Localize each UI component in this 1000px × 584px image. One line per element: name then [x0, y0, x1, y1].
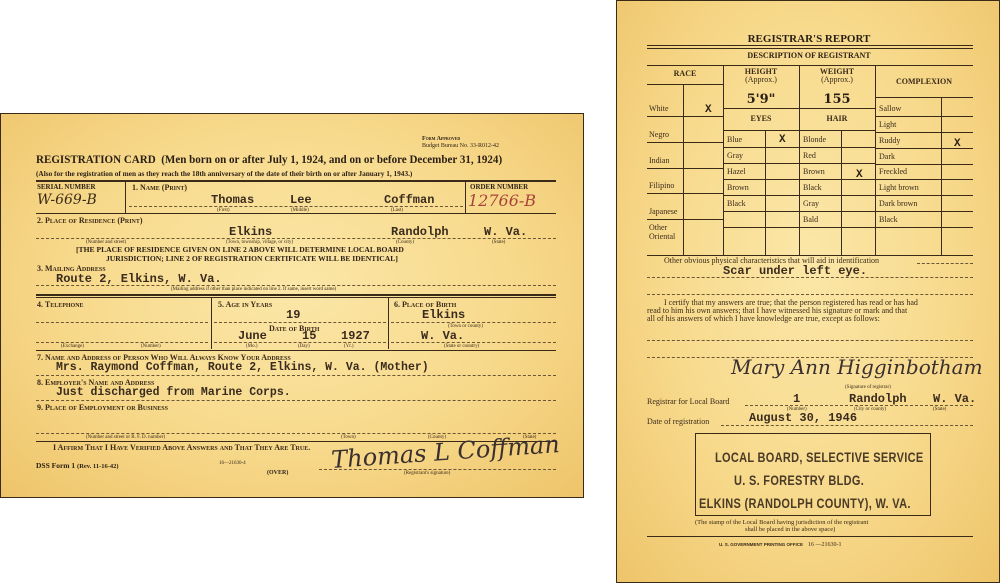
stamp-line-2: U. S. FORESTRY BLDG.: [734, 474, 864, 489]
complexion-header: COMPLEXION: [875, 77, 973, 86]
residence-county: Randolph: [391, 225, 449, 239]
height-value: 5'9": [723, 92, 799, 107]
local-board-state: W. Va.: [933, 392, 976, 406]
registration-card-front: Form Approved Budget Bureau No. 33-R012-…: [0, 113, 584, 498]
race-header: RACE: [647, 69, 723, 78]
race-filipino: Filipino: [649, 181, 674, 190]
eyes-black: Black: [727, 199, 746, 208]
eyes-header: EYES: [723, 114, 799, 123]
complexion-sallow: Sallow: [879, 104, 901, 113]
complexion-ruddy: Ruddy: [879, 136, 900, 145]
local-board-county: Randolph: [849, 392, 907, 406]
hair-blonde: Blonde: [803, 135, 826, 144]
local-board-label: Registrar for Local Board: [647, 397, 729, 406]
birthplace-state: W. Va.: [421, 329, 464, 343]
registrar-signature: Mary Ann Higginbotham: [731, 355, 983, 379]
local-board-number: 1: [793, 392, 800, 406]
report-title: REGISTRAR'S REPORT: [617, 33, 1000, 45]
complexion-freckled: Freckled: [879, 167, 907, 176]
weight-value: 155: [799, 92, 875, 107]
residence-state: W. Va.: [484, 225, 527, 239]
form-id: DSS Form 1 (Rev. 11-16-42): [36, 461, 119, 470]
stamp-line-3: ELKINS (RANDOLPH COUNTY), W. VA.: [699, 497, 911, 512]
description-heading: DESCRIPTION OF REGISTRANT: [617, 51, 1000, 60]
registration-date: August 30, 1946: [749, 411, 857, 425]
hair-bald: Bald: [803, 215, 818, 224]
budget-bureau: Budget Bureau No. 33-R012-42: [422, 143, 499, 149]
complexion-dark-brown: Dark brown: [879, 199, 917, 208]
order-number-label: ORDER NUMBER: [470, 183, 528, 191]
complexion-dark: Dark: [879, 152, 895, 161]
employer-value: Just discharged from Marine Corps.: [56, 386, 291, 399]
jurisdiction-note-2: JURISDICTION; LINE 2 OF REGISTRATION CER…: [106, 254, 398, 263]
race-japanese: Japanese: [649, 207, 677, 216]
birthplace-town: Elkins: [422, 308, 465, 322]
residence-label: 2. Place of Residence (Print): [37, 216, 143, 225]
eyes-blue-mark: X: [779, 134, 786, 146]
dob-year: 1927: [341, 329, 370, 343]
eyes-blue: Blue: [727, 135, 742, 144]
printing-office: U. S. GOVERNMENT PRINTING OFFICE 16 —216…: [719, 542, 842, 548]
hair-black: Black: [803, 183, 822, 192]
hair-brown: Brown: [803, 167, 825, 176]
race-other-oriental: Other Oriental: [649, 223, 683, 241]
over-label: (OVER): [267, 470, 288, 476]
name-last: Coffman: [384, 193, 434, 207]
race-negro: Negro: [649, 130, 669, 139]
certify-text-3: all of his answers of which I have knowl…: [647, 314, 880, 323]
stamp-note-2: shall be placed in the above space): [745, 526, 835, 533]
card-subtitle: (Also for the registration of men as the…: [36, 169, 412, 178]
card-title: REGISTRATION CARD (Men born on or after …: [36, 152, 502, 167]
employment-place-label: 9. Place of Employment or Business: [37, 403, 168, 412]
affirmation: I Affirm That I Have Verified Above Answ…: [53, 443, 310, 452]
race-white: White: [649, 104, 669, 113]
hair-gray: Gray: [803, 199, 819, 208]
form-approved: Form Approved: [422, 136, 460, 142]
eyes-hazel: Hazel: [727, 167, 746, 176]
telephone-label: 4. Telephone: [37, 300, 84, 309]
stamp-line-1: LOCAL BOARD, SELECTIVE SERVICE: [715, 451, 923, 466]
hair-red: Red: [803, 151, 816, 160]
race-white-mark: X: [705, 104, 712, 116]
contact-value: Mrs. Raymond Coffman, Route 2, Elkins, W…: [56, 361, 429, 374]
age-value: 19: [286, 308, 300, 322]
serial-number-label: SERIAL NUMBER: [37, 183, 96, 191]
complexion-light-brown: Light brown: [879, 183, 919, 192]
name-middle: Lee: [290, 193, 312, 207]
order-number: 12766-B: [468, 191, 536, 210]
name-first: Thomas: [211, 193, 254, 207]
eyes-brown: Brown: [727, 183, 749, 192]
hair-header: HAIR: [799, 114, 875, 123]
age-label: 5. Age in Years: [218, 300, 272, 309]
other-characteristics-value: Scar under left eye.: [723, 264, 867, 278]
complexion-black: Black: [879, 215, 898, 224]
dob-month: June: [238, 329, 267, 343]
race-indian: Indian: [649, 156, 669, 165]
registrars-report-back: REGISTRAR'S REPORT DESCRIPTION OF REGIST…: [616, 0, 1000, 583]
stamp-note-1: (The stamp of the Local Board having jur…: [695, 519, 868, 526]
residence-town: Elkins: [229, 225, 272, 239]
dob-day: 15: [302, 329, 316, 343]
eyes-gray: Gray: [727, 151, 743, 160]
name-label: 1. Name (Print): [132, 183, 187, 192]
jurisdiction-note-1: [THE PLACE OF RESIDENCE GIVEN ON LINE 2 …: [76, 245, 404, 254]
complexion-light: Light: [879, 120, 896, 129]
mailing-address: Route 2, Elkins, W. Va.: [56, 272, 222, 286]
serial-number: W-669-B: [37, 192, 97, 208]
print-code: 16—21630-4: [219, 461, 246, 466]
registration-date-label: Date of registration: [647, 417, 709, 426]
